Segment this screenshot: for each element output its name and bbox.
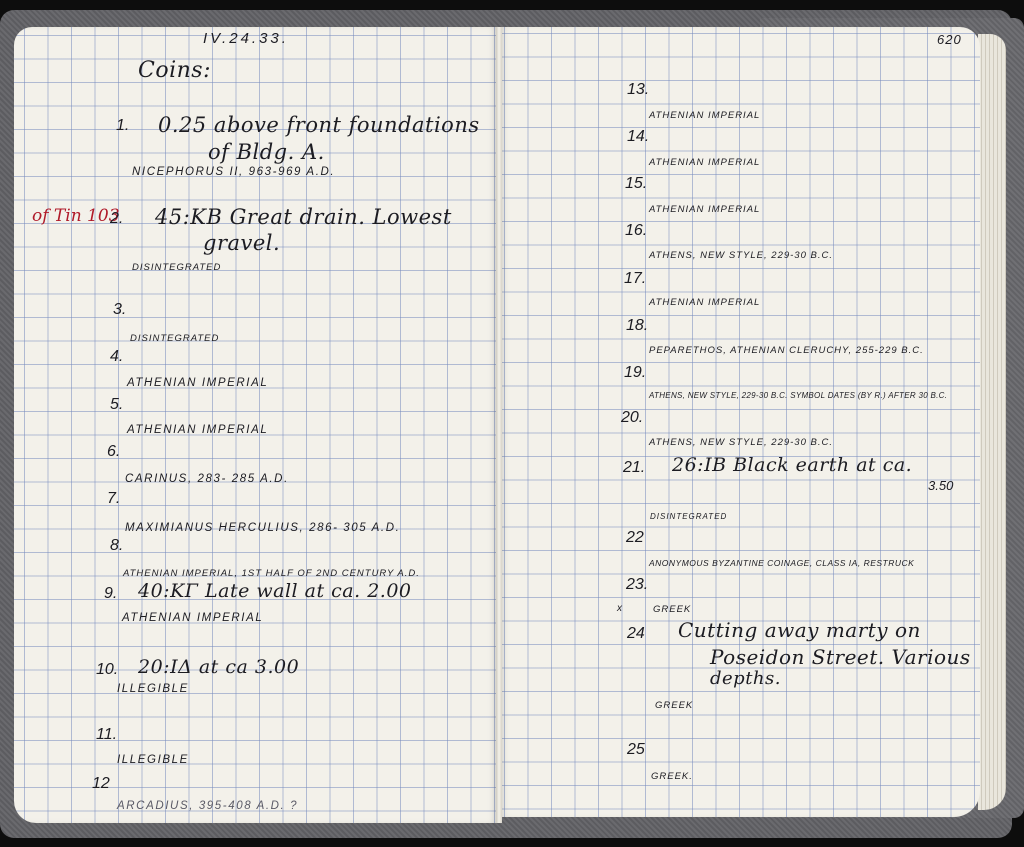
entry-identification: Nicephorus II, 963-969 A.D.	[132, 166, 335, 178]
entry-location: 0.25 above front foundations	[158, 113, 480, 137]
entry-identification: Disintegrated	[130, 333, 219, 344]
entry-number: 18.	[626, 317, 648, 335]
entry-identification: Greek	[653, 604, 691, 615]
entry-number: 23.	[626, 576, 648, 594]
entry-location: 45:KB Great drain. Lowest	[155, 205, 452, 229]
entry-identification: Maximianus Herculius, 286- 305 A.D.	[125, 522, 400, 534]
entry-identification: Anonymous Byzantine Coinage, Class Ia, r…	[649, 558, 914, 568]
entry-number: 20.	[621, 409, 643, 427]
entry-number: 10.	[96, 661, 118, 679]
entry-number: 15.	[625, 175, 647, 193]
entry-identification: Disintegrated	[132, 262, 221, 273]
entry-identification: Disintegrated	[650, 512, 727, 521]
notebook-spine	[496, 27, 502, 823]
page-heading: Coins:	[138, 58, 211, 83]
entry-identification: Carinus, 283- 285 A.D.	[125, 473, 289, 485]
entry-number: 6.	[107, 443, 120, 461]
entry-identification: Greek.	[651, 771, 693, 782]
entry-location: 20:ΙΔ at ca 3.00	[138, 656, 299, 678]
entry-number: 16.	[625, 222, 647, 240]
entry-location: 26:ΙΒ Black earth at ca.	[672, 454, 912, 476]
entry-identification: Athenian Imperial	[649, 297, 760, 308]
entry-location-cont: of Bldg. A.	[208, 140, 325, 164]
entry-identification: Peparethos, Athenian Cleruchy, 255-229 B…	[649, 345, 924, 356]
entry-number: 13.	[627, 81, 649, 99]
entry-identification: Athenian Imperial	[649, 157, 760, 168]
entry-identification: Illegible	[117, 683, 189, 695]
entry-location-cont2: depths.	[710, 668, 781, 689]
entry-number: 14.	[627, 128, 649, 146]
entry-number: 4.	[110, 348, 123, 366]
page-date: IV.24.33.	[203, 30, 289, 47]
entry-number: 9.	[104, 585, 117, 603]
entry-identification: Athenian Imperial	[127, 424, 268, 436]
entry-number: 5.	[110, 396, 123, 414]
entry-number: 25	[627, 741, 645, 759]
entry-number: 21.	[623, 459, 645, 477]
entry-identification: Athenian Imperial	[122, 612, 263, 624]
page-number: 620	[937, 32, 962, 47]
entry-number: 17.	[624, 270, 646, 288]
entry-location-cont: Poseidon Street. Various	[710, 645, 971, 669]
entry-number: 12	[92, 775, 110, 793]
entry-identification: Athens, New Style, 229-30 B.C.	[649, 437, 833, 448]
entry-location: 40:KΓ Late wall at ca. 2.00	[138, 580, 412, 602]
entry-location-cont: gravel.	[203, 231, 280, 255]
entry-number: 24	[627, 625, 645, 643]
entry-number: 7.	[107, 490, 120, 508]
margin-note: of Tin 103	[32, 206, 120, 226]
entry-marker: x	[617, 603, 622, 614]
entry-number: 11.	[96, 726, 117, 744]
entry-number: 3.	[113, 301, 126, 319]
entry-number: 8.	[110, 537, 123, 555]
entry-number: 2.	[110, 210, 123, 228]
right-page	[500, 27, 980, 817]
page-edges	[978, 34, 1006, 810]
entry-number: 22	[626, 529, 644, 547]
entry-identification: Athenian Imperial, 1st half of 2nd Centu…	[123, 568, 420, 579]
entry-identification: Arcadius, 395-408 A.D. ?	[117, 800, 298, 812]
entry-identification: Athenian Imperial	[649, 204, 760, 215]
entry-identification: Greek	[655, 700, 693, 711]
entry-identification: Athens, New Style, 229-30 B.C.	[649, 250, 833, 261]
entry-number: 19.	[624, 364, 646, 382]
entry-identification: Athenian Imperial	[127, 377, 268, 389]
entry-identification: Illegible	[117, 754, 189, 766]
entry-location: Cutting away marty on	[678, 618, 921, 642]
entry-number: 1.	[116, 117, 129, 135]
entry-location-cont: 3.50	[928, 478, 953, 493]
entry-identification: Athens, New Style, 229-30 B.C. Symbol da…	[649, 391, 947, 400]
entry-identification: Athenian Imperial	[649, 110, 760, 121]
